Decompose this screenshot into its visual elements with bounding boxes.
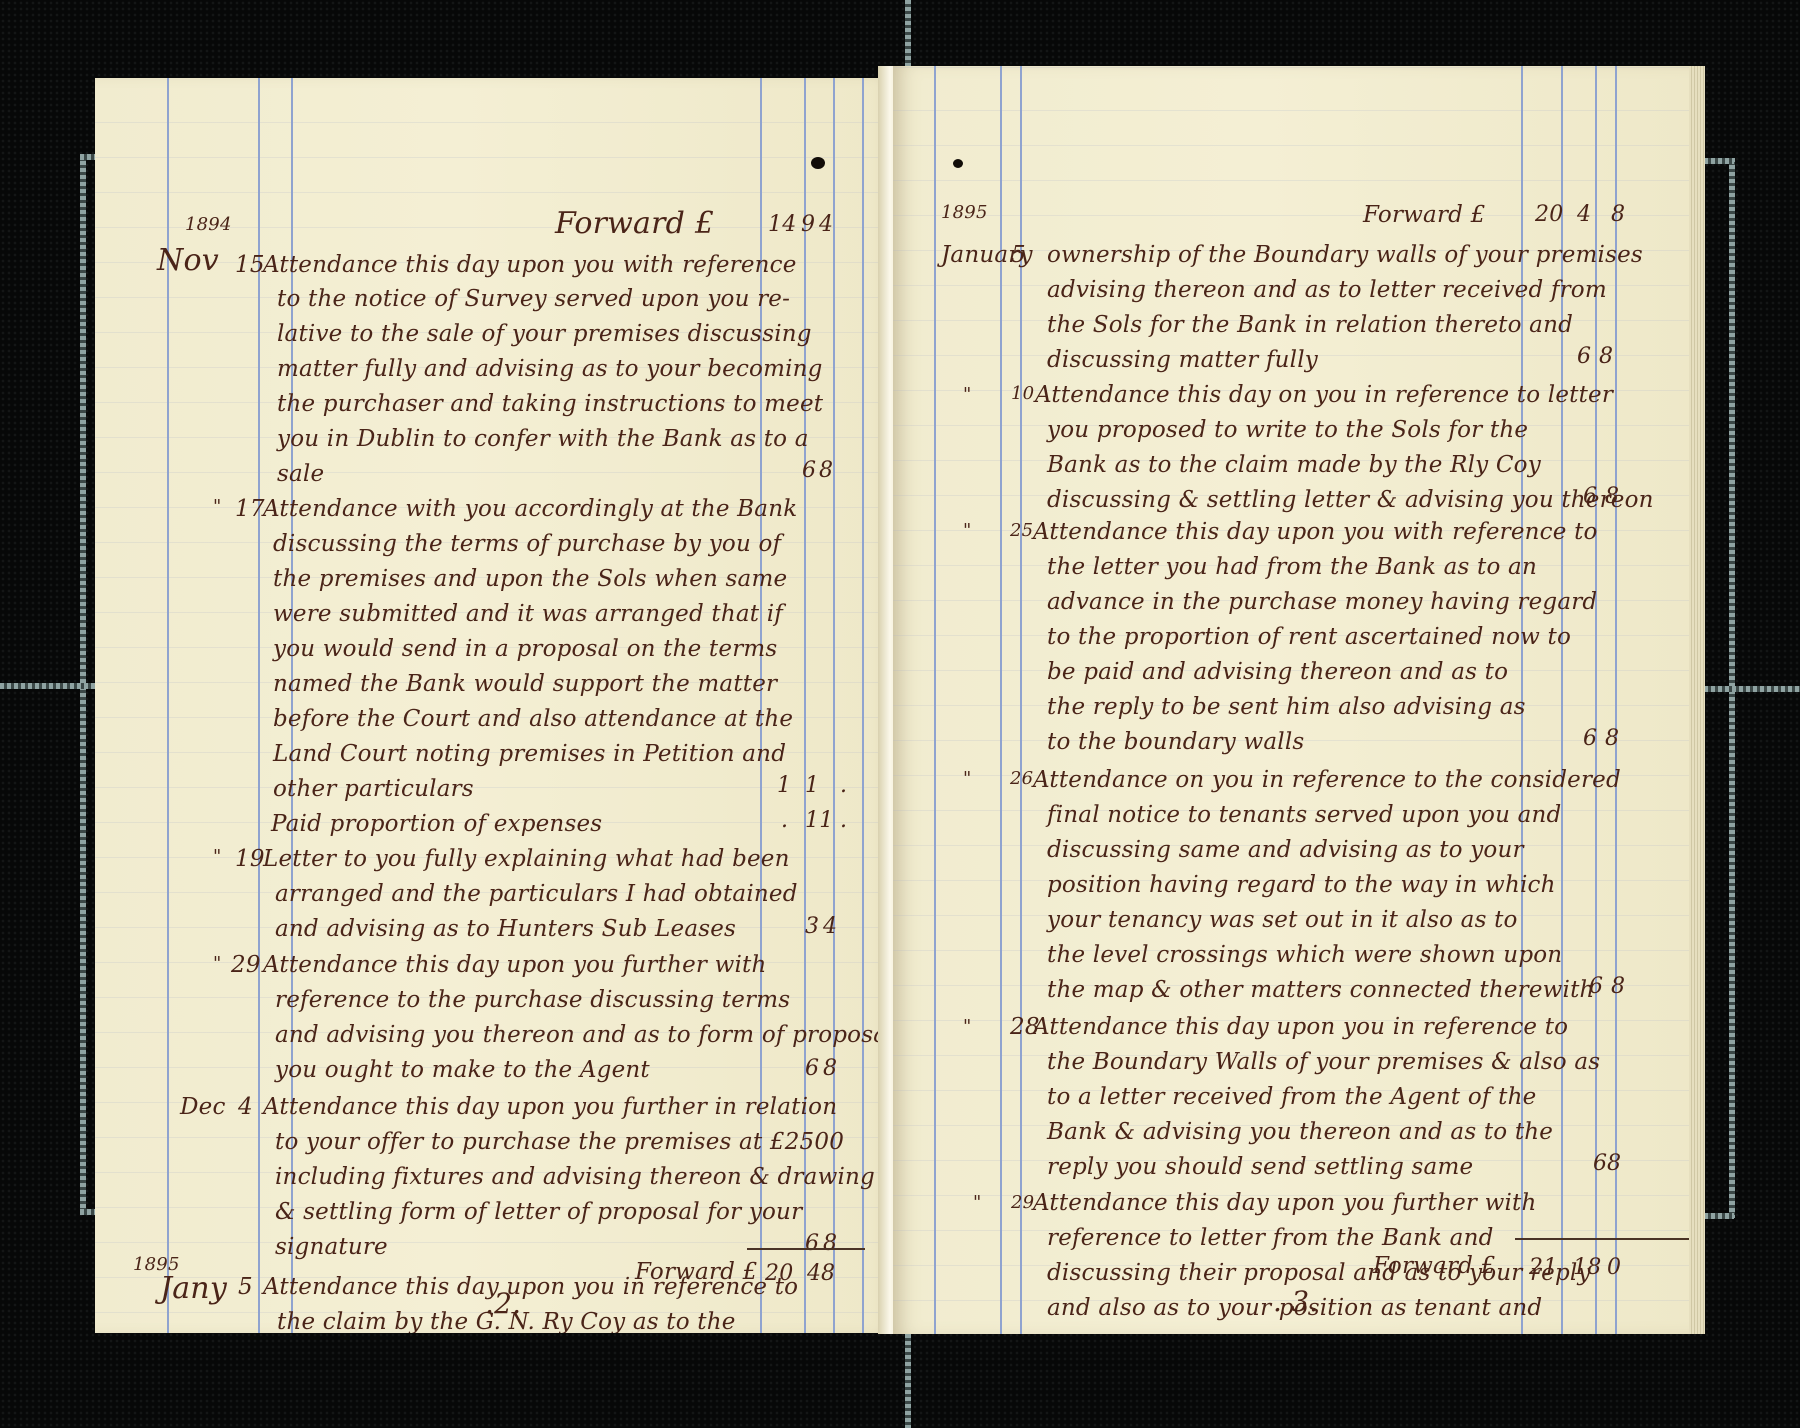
amount-pence: 8 <box>1605 728 1619 750</box>
entry-line: reference to the purchase discussing ter… <box>275 989 790 1012</box>
forward-shillings: 4 <box>807 1263 821 1285</box>
entry-line: arranged and the particulars I had obtai… <box>275 883 798 906</box>
entry-line: to your offer to purchase the premises a… <box>275 1131 844 1154</box>
entry-line: discussing & settling letter & advising … <box>1047 489 1654 512</box>
entry-day: 25 <box>1010 522 1033 540</box>
entry-line: discussing the terms of purchase by you … <box>273 533 781 556</box>
amount-pence: 8 <box>1599 346 1613 368</box>
entry-line: Letter to you fully explaining what had … <box>263 848 790 871</box>
mat-guide-bottom-center <box>905 1334 911 1428</box>
entry-month: Jany <box>160 1274 227 1304</box>
entry-day: 17 <box>235 498 265 521</box>
entry-day: 5 <box>238 1276 253 1299</box>
binding-hole <box>811 157 825 169</box>
entry-line: lative to the sale of your premises disc… <box>277 323 812 346</box>
entry-line: you ought to make to the Agent <box>275 1059 650 1082</box>
ledger-page-right: 1895 Forward £ 20 4 8 January 5 ownershi… <box>893 66 1705 1334</box>
entry-line: discussing same and advising as to your <box>1047 839 1524 862</box>
mat-guide-left-mid <box>0 683 96 689</box>
entry-line: sale <box>277 463 324 486</box>
entry-line: Paid proportion of expenses <box>271 813 602 836</box>
ledger-page-left: 1894 Forward £ 14 9 4 Nov 15 Attendance … <box>95 78 895 1333</box>
ditto-mark: " <box>213 498 221 516</box>
entry-line: Bank as to the claim made by the Rly Coy <box>1047 454 1541 477</box>
entry-line: ownership of the Boundary walls of your … <box>1047 244 1643 267</box>
forward-pence: 8 <box>1611 204 1625 226</box>
amount-shillings: 6 <box>1577 346 1591 368</box>
entry-line: Attendance this day upon you in referenc… <box>1033 1016 1568 1039</box>
entry-line: the level crossings which were shown upo… <box>1047 944 1562 967</box>
entry-line: to a letter received from the Agent of t… <box>1047 1086 1536 1109</box>
ditto-mark: " <box>963 1018 971 1036</box>
entry-line: Attendance with you accordingly at the B… <box>263 498 797 521</box>
ditto-mark: " <box>973 1194 981 1212</box>
amount-shillings: 6 <box>1589 976 1603 998</box>
forward-label: Forward £ <box>555 209 714 239</box>
amount-pence: 4 <box>823 916 837 938</box>
entry-line: Attendance this day on you in reference … <box>1035 384 1613 407</box>
forward-shillings: 9 <box>801 214 815 236</box>
forward-pence: 0 <box>1607 1257 1621 1279</box>
amount-pence: 8 <box>1607 1153 1621 1175</box>
entry-line: and advising as to Hunters Sub Leases <box>275 918 736 941</box>
entry-line: including fixtures and advising thereon … <box>275 1166 875 1189</box>
entry-line: position having regard to the way in whi… <box>1047 874 1556 897</box>
mat-guide-right-mid <box>1704 686 1800 692</box>
forward-pounds: 14 <box>768 214 796 236</box>
entry-line: Attendance this day upon you further wit… <box>1033 1192 1537 1215</box>
entry-line: the purchaser and taking instructions to… <box>277 393 823 416</box>
entry-day: 4 <box>238 1096 253 1119</box>
ditto-mark: " <box>963 522 971 540</box>
entry-line: & settling form of letter of proposal fo… <box>275 1201 802 1224</box>
mat-guide-left-top <box>80 154 96 160</box>
amount-shillings: 6 <box>802 460 816 482</box>
ditto-mark: " <box>213 848 221 866</box>
amount-pence: 8 <box>823 1058 837 1080</box>
sum-rule <box>747 1248 865 1250</box>
entry-line: the premises and upon the Sols when same <box>273 568 787 591</box>
ditto-mark: " <box>963 386 971 404</box>
entry-line: before the Court and also attendance at … <box>273 708 793 731</box>
amount-shillings: 6 <box>805 1058 819 1080</box>
forward-pounds: 21 <box>1529 1257 1557 1279</box>
amount-shillings: 6 <box>805 1233 819 1255</box>
mat-guide-right-bottom <box>1704 1213 1734 1219</box>
forward-pence: 4 <box>819 214 833 236</box>
year-mark: 1895 <box>941 204 988 222</box>
amount-pounds: 1 <box>777 775 791 797</box>
entry-line: Attendance this day upon you with refere… <box>263 254 797 277</box>
page-number: . 3. <box>1273 1288 1318 1316</box>
column-rule-end <box>862 78 864 1333</box>
ditto-mark: " <box>963 770 971 788</box>
amount-shillings: 3 <box>805 916 819 938</box>
sum-rule <box>1515 1238 1705 1240</box>
entry-line: you in Dublin to confer with the Bank as… <box>277 428 809 451</box>
entry-line: Attendance on you in reference to the co… <box>1033 769 1621 792</box>
forward-pounds: 20 <box>765 1263 793 1285</box>
amount-pence: 8 <box>1611 976 1625 998</box>
entry-line: advising thereon and as to letter receiv… <box>1047 279 1607 302</box>
amount-pence: . <box>840 810 847 832</box>
forward-label: Forward £ <box>1363 204 1485 227</box>
entry-line: the map & other matters connected therew… <box>1047 979 1595 1002</box>
entry-line: Attendance this day upon you further in … <box>263 1096 837 1119</box>
entry-line: to the notice of Survey served upon you … <box>277 288 790 311</box>
page-number: .2. <box>485 1290 521 1318</box>
amount-shillings: 6 <box>1583 728 1597 750</box>
margin-rule-month <box>934 66 936 1334</box>
entry-day: 15 <box>235 254 265 277</box>
entry-line: your tenancy was set out in it also as t… <box>1047 909 1518 932</box>
entry-day: 26 <box>1010 770 1033 788</box>
entry-line: the Boundary Walls of your premises & al… <box>1047 1051 1600 1074</box>
entry-day: 29 <box>231 954 261 977</box>
entry-line: named the Bank would support the matter <box>273 673 777 696</box>
year-mark: 1894 <box>185 216 232 234</box>
mat-guide-left-bottom <box>80 1209 96 1215</box>
amount-shillings: 11 <box>805 810 833 832</box>
ditto-mark: " <box>213 955 221 973</box>
entry-line: be paid and advising thereon and as to <box>1047 661 1508 684</box>
entry-line: to the proportion of rent ascertained no… <box>1047 626 1571 649</box>
entry-day: 10 <box>1011 385 1034 403</box>
entry-line: the Sols for the Bank in relation theret… <box>1047 314 1573 337</box>
forward-label: Forward £ <box>1373 1255 1495 1278</box>
forward-pounds: 20 <box>1535 204 1563 226</box>
entry-line: you proposed to write to the Sols for th… <box>1047 419 1528 442</box>
entry-line: final notice to tenants served upon you … <box>1047 804 1561 827</box>
forward-shillings: 4 <box>1577 204 1591 226</box>
entry-line: the reply to be sent him also advising a… <box>1047 696 1526 719</box>
entry-day: 29 <box>1011 1194 1034 1212</box>
amount-shillings: 6 <box>1583 486 1597 508</box>
entry-line: Attendance this day upon you further wit… <box>263 954 767 977</box>
entry-month: Nov <box>157 246 219 276</box>
forward-shillings: 18 <box>1573 1257 1601 1279</box>
binding-hole <box>953 159 963 168</box>
entry-line: were submitted and it was arranged that … <box>273 603 783 626</box>
entry-line: Bank & advising you thereon and as to th… <box>1047 1121 1553 1144</box>
entry-line: Land Court noting premises in Petition a… <box>273 743 786 766</box>
entry-day: 19 <box>235 848 265 871</box>
entry-line: signature <box>275 1236 388 1259</box>
amount-pence: . <box>840 775 847 797</box>
amount-pence: 8 <box>823 1233 837 1255</box>
amount-pence: 8 <box>1605 486 1619 508</box>
amount-shillings: 1 <box>805 775 819 797</box>
entry-line: Attendance this day upon you with refere… <box>1033 521 1598 544</box>
entry-line: to the boundary walls <box>1047 731 1304 754</box>
amount-pounds: . <box>781 810 788 832</box>
mat-guide-top-center <box>905 0 911 66</box>
entry-day: 5 <box>1011 244 1026 267</box>
forward-label: Forward £ <box>635 1261 757 1284</box>
forward-pence: 8 <box>821 1263 835 1285</box>
mat-guide-right-top <box>1704 158 1734 164</box>
entry-line: reference to letter from the Bank and <box>1047 1227 1494 1250</box>
entry-line: and advising you thereon and as to form … <box>275 1024 895 1047</box>
entry-line: matter fully and advising as to your bec… <box>277 358 823 381</box>
entry-line: you would send in a proposal on the term… <box>273 638 777 661</box>
entry-line: discussing matter fully <box>1047 349 1318 372</box>
entry-line: other particulars <box>273 778 474 801</box>
entry-line: reply you should send settling same <box>1047 1156 1473 1179</box>
amount-pence: 8 <box>819 460 833 482</box>
entry-line: advance in the purchase money having reg… <box>1047 591 1597 614</box>
entry-line: discussing their proposal and as to your… <box>1047 1262 1591 1285</box>
entry-line: the letter you had from the Bank as to a… <box>1047 556 1537 579</box>
entry-month: Dec <box>180 1096 226 1119</box>
amount-shillings: 6 <box>1593 1153 1607 1175</box>
